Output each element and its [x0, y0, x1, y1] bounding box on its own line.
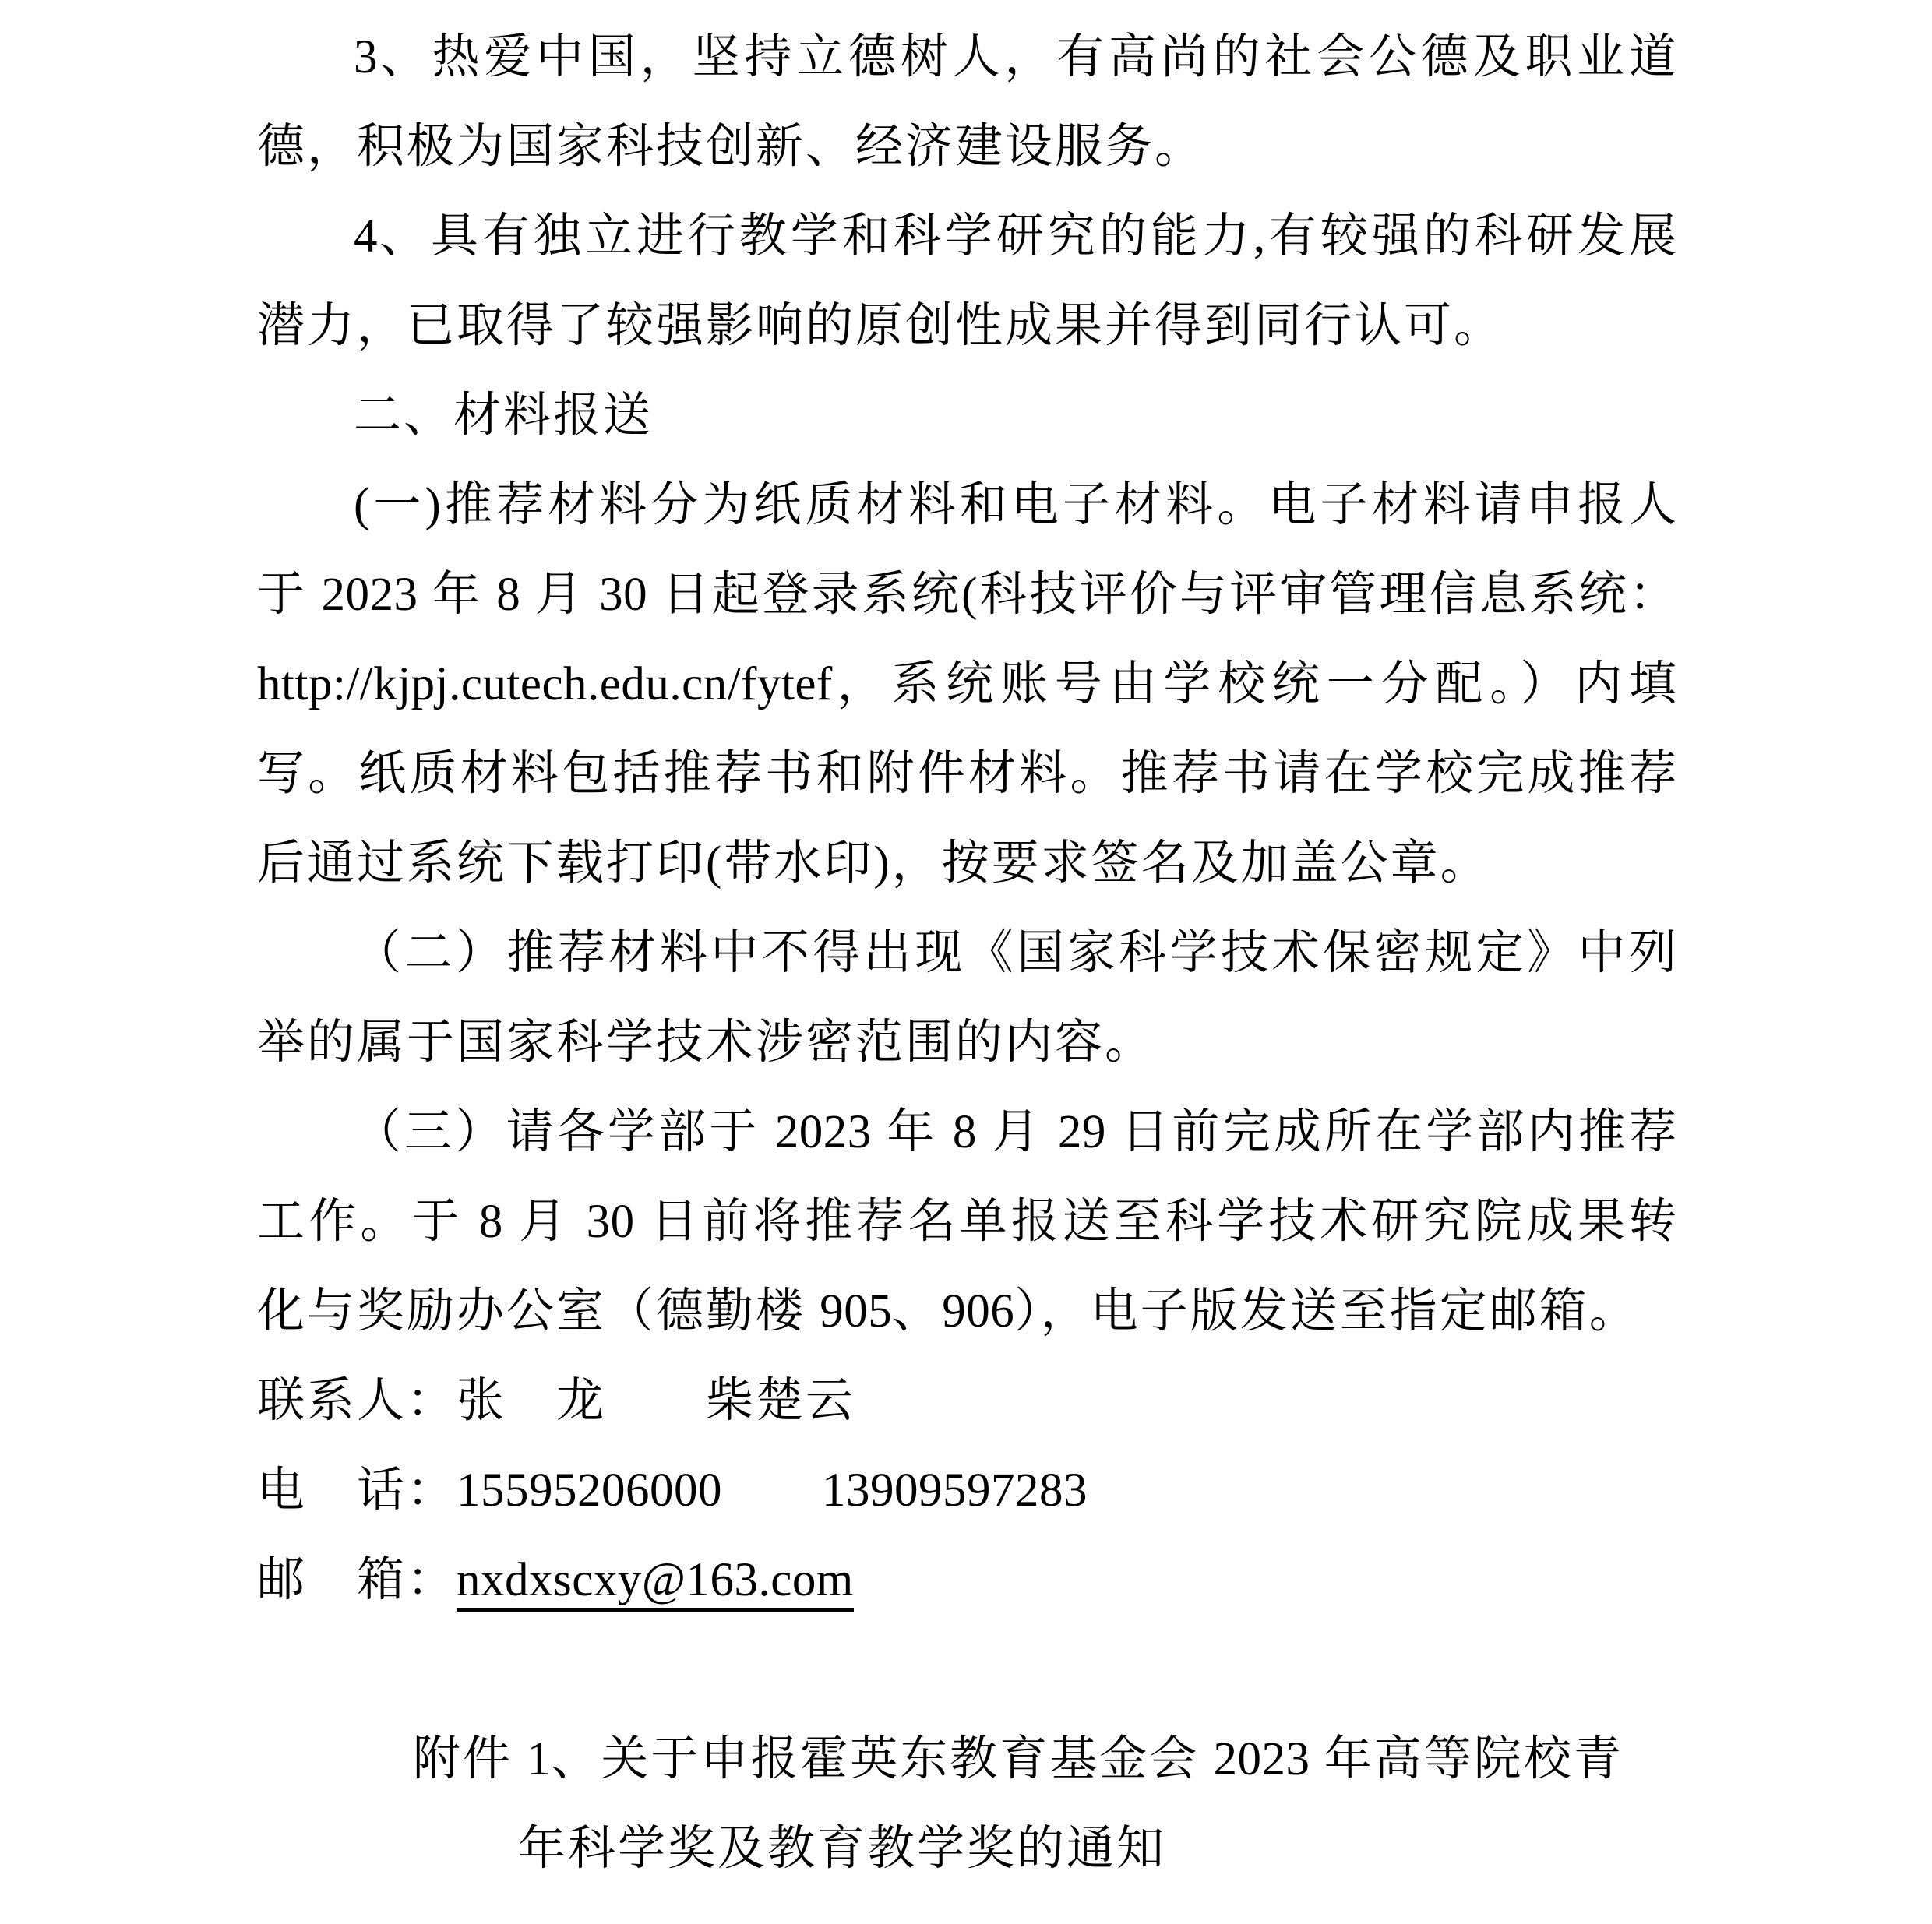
text-segment: 日起登录系统(科技评价与评审管理信息系统： [647, 569, 1679, 621]
doc-line-14: 工作。于 8 月 30 日前将推荐名单报送至科学技术研究院成果转 [257, 1177, 1679, 1267]
doc-line-10: 后通过系统下载打印(带水印)，按要求签名及加盖公章。 [257, 819, 1679, 908]
text-segment: 后通过系统下载打印(带水印)，按要求签名及加盖公章。 [257, 837, 1490, 890]
email-link[interactable]: nxdxscxy@163.com [457, 1554, 854, 1612]
date-day: 30 [587, 1196, 635, 1248]
attachment-line-1: 附件 1、关于申报霍英东教育基金会 2023 年高等院校青 [257, 1714, 1679, 1804]
phone-number-2: 13909597283 [822, 1464, 1088, 1517]
text-segment: (一)推荐材料分为纸质材料和电子材料。电子材料请申报人 [354, 479, 1679, 531]
date-month: 8 [953, 1106, 977, 1158]
phone-label: 电 话： [257, 1464, 457, 1517]
doc-line-15: 化与奖励办公室（德勤楼 905、906），电子版发送至指定邮箱。 [257, 1267, 1679, 1356]
date-year: 2023 [775, 1106, 872, 1158]
text-segment: 、具有独立进行教学和科学研究的能力,有较强的科研发展 [378, 210, 1679, 263]
doc-line-12: 举的属于国家科学技术涉密范围的内容。 [257, 998, 1679, 1087]
blank-line [257, 1625, 1679, 1714]
text-segment: （二）推荐材料中不得出现《国家科学技术保密规定》中列 [354, 927, 1679, 979]
phone-gap [722, 1464, 822, 1517]
text-segment: 潜力，已取得了较强影响的原创性成果并得到同行认可。 [257, 300, 1504, 352]
list-number: 3 [354, 31, 378, 83]
contact-email-line: 邮 箱：nxdxscxy@163.com [257, 1535, 1679, 1625]
text-segment: （三）请各学部于 [354, 1106, 775, 1158]
text-segment: 月 [977, 1106, 1058, 1158]
section-heading-2: 二、材料报送 [257, 371, 1679, 460]
date-day: 30 [599, 569, 647, 621]
attachment-number: 1 [527, 1733, 551, 1785]
text-segment: 写。纸质材料包括推荐书和附件材料。推荐书请在学校完成推荐 [257, 748, 1679, 800]
date-day: 29 [1058, 1106, 1106, 1158]
doc-line-2: 德，积极为国家科技创新、经济建设服务。 [257, 102, 1679, 192]
text-segment: 、 [892, 1285, 942, 1337]
text-segment: 月 [503, 1196, 587, 1248]
text-segment: 于 [257, 569, 321, 621]
text-segment: 化与奖励办公室（德勤楼 [257, 1285, 820, 1337]
list-number: 4 [354, 210, 378, 263]
doc-line-4: 潜力，已取得了较强影响的原创性成果并得到同行认可。 [257, 281, 1679, 371]
text-segment: ），电子版发送至指定邮箱。 [1014, 1285, 1639, 1337]
date-year: 2023 [1214, 1733, 1310, 1785]
text-segment: ，系统账号由学校统一分配。）内填 [833, 658, 1679, 710]
text-segment: 年 [418, 569, 496, 621]
text-segment: 工作。于 [257, 1196, 479, 1248]
doc-line-6: (一)推荐材料分为纸质材料和电子材料。电子材料请申报人 [257, 460, 1679, 550]
text-segment: 德，积极为国家科技创新、经济建设服务。 [257, 121, 1204, 173]
date-year: 2023 [321, 569, 418, 621]
document-page: 3、热爱中国，坚持立德树人，有高尚的社会公德及职业道 德，积极为国家科技创新、经… [0, 0, 1932, 1924]
text-segment: 年 [872, 1106, 953, 1158]
text-segment: 月 [520, 569, 599, 621]
doc-line-7: 于 2023 年 8 月 30 日起登录系统(科技评价与评审管理信息系统： [257, 550, 1679, 640]
date-month: 8 [479, 1196, 503, 1248]
room-number: 905 [820, 1285, 892, 1337]
text-segment: 日前完成所在学部内推荐 [1106, 1106, 1679, 1158]
doc-line-9: 写。纸质材料包括推荐书和附件材料。推荐书请在学校完成推荐 [257, 729, 1679, 819]
text-segment: 、关于申报霍英东教育基金会 [551, 1733, 1213, 1785]
date-month: 8 [496, 569, 520, 621]
text-segment: 举的属于国家科学技术涉密范围的内容。 [257, 1017, 1155, 1069]
contact-phone-line: 电 话：15595206000 13909597283 [257, 1446, 1679, 1535]
attachment-line-2: 年科学奖及教育教学奖的通知 [257, 1804, 1679, 1894]
contact-person-line: 联系人：张 龙 柴楚云 [257, 1356, 1679, 1446]
attachment-label: 附件 [413, 1733, 527, 1785]
system-url: http://kjpj.cutech.edu.cn/fytef [257, 658, 833, 710]
text-segment: 联系人：张 龙 柴楚云 [257, 1375, 855, 1427]
phone-number-1: 15595206000 [457, 1464, 722, 1517]
doc-line-13: （三）请各学部于 2023 年 8 月 29 日前完成所在学部内推荐 [257, 1087, 1679, 1177]
doc-line-3: 4、具有独立进行教学和科学研究的能力,有较强的科研发展 [257, 192, 1679, 281]
email-label: 邮 箱： [257, 1554, 457, 1606]
text-segment: 年科学奖及教育教学奖的通知 [518, 1823, 1166, 1875]
doc-line-11: （二）推荐材料中不得出现《国家科学技术保密规定》中列 [257, 908, 1679, 998]
text-segment: 二、材料报送 [354, 389, 653, 442]
text-segment: 年高等院校青 [1310, 1733, 1624, 1785]
doc-line-8: http://kjpj.cutech.edu.cn/fytef，系统账号由学校统… [257, 640, 1679, 729]
text-segment: 日前将推荐名单报送至科学技术研究院成果转 [635, 1196, 1679, 1248]
room-number: 906 [942, 1285, 1014, 1337]
text-segment: 、热爱中国，坚持立德树人，有高尚的社会公德及职业道 [378, 31, 1679, 83]
doc-line-1: 3、热爱中国，坚持立德树人，有高尚的社会公德及职业道 [257, 12, 1679, 102]
